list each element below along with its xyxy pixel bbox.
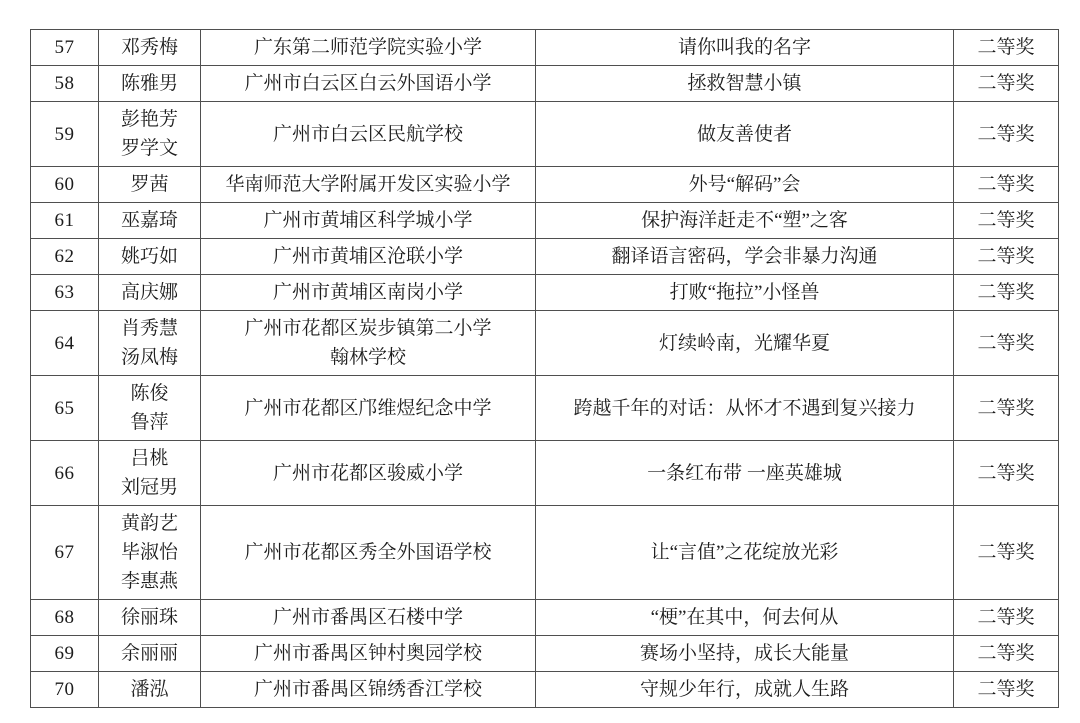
school-line: 广州市番禺区锦绣香江学校	[203, 675, 533, 704]
cell-school: 广州市花都区秀全外国语学校	[201, 506, 536, 600]
name-line: 吕桃	[101, 444, 198, 473]
cell-title: 保护海洋赶走不“塑”之客	[536, 203, 954, 239]
school-line: 广州市黄埔区南岗小学	[203, 278, 533, 307]
cell-number: 57	[31, 30, 99, 66]
cell-number: 60	[31, 167, 99, 203]
cell-school: 广州市番禺区锦绣香江学校	[201, 672, 536, 708]
table-row: 65陈俊鲁萍广州市花都区邝维煜纪念中学跨越千年的对话：从怀才不遇到复兴接力二等奖	[31, 376, 1059, 441]
name-line: 徐丽珠	[101, 603, 198, 632]
cell-names: 黄韵艺毕淑怡李惠燕	[99, 506, 201, 600]
cell-title: 守规少年行，成就人生路	[536, 672, 954, 708]
cell-number: 61	[31, 203, 99, 239]
table-row: 67黄韵艺毕淑怡李惠燕广州市花都区秀全外国语学校让“言值”之花绽放光彩二等奖	[31, 506, 1059, 600]
cell-award: 二等奖	[954, 167, 1059, 203]
cell-title: 打败“拖拉”小怪兽	[536, 275, 954, 311]
school-line: 广州市黄埔区沧联小学	[203, 242, 533, 271]
cell-title: 跨越千年的对话：从怀才不遇到复兴接力	[536, 376, 954, 441]
cell-names: 高庆娜	[99, 275, 201, 311]
cell-school: 广州市黄埔区科学城小学	[201, 203, 536, 239]
cell-award: 二等奖	[954, 203, 1059, 239]
school-line: 广州市番禺区钟村奥园学校	[203, 639, 533, 668]
cell-title: 翻译语言密码，学会非暴力沟通	[536, 239, 954, 275]
name-line: 毕淑怡	[101, 538, 198, 567]
name-line: 邓秀梅	[101, 33, 198, 62]
cell-number: 67	[31, 506, 99, 600]
table-row: 58陈雅男广州市白云区白云外国语小学拯救智慧小镇二等奖	[31, 66, 1059, 102]
school-line: 广东第二师范学院实验小学	[203, 33, 533, 62]
cell-award: 二等奖	[954, 376, 1059, 441]
cell-school: 广州市花都区炭步镇第二小学翰林学校	[201, 311, 536, 376]
document-page: 57邓秀梅广东第二师范学院实验小学请你叫我的名字二等奖58陈雅男广州市白云区白云…	[0, 0, 1080, 723]
name-line: 余丽丽	[101, 639, 198, 668]
table-row: 69余丽丽广州市番禺区钟村奥园学校赛场小坚持，成长大能量二等奖	[31, 636, 1059, 672]
cell-school: 广州市花都区骏威小学	[201, 441, 536, 506]
cell-school: 广州市白云区民航学校	[201, 102, 536, 167]
name-line: 肖秀慧	[101, 314, 198, 343]
cell-names: 肖秀慧汤凤梅	[99, 311, 201, 376]
table-row: 70潘泓广州市番禺区锦绣香江学校守规少年行，成就人生路二等奖	[31, 672, 1059, 708]
school-line: 广州市白云区民航学校	[203, 120, 533, 149]
cell-award: 二等奖	[954, 102, 1059, 167]
school-line: 翰林学校	[203, 343, 533, 372]
table-row: 60罗茜华南师范大学附属开发区实验小学外号“解码”会二等奖	[31, 167, 1059, 203]
school-line: 广州市花都区秀全外国语学校	[203, 538, 533, 567]
cell-names: 巫嘉琦	[99, 203, 201, 239]
cell-number: 66	[31, 441, 99, 506]
table-row: 59彭艳芳罗学文广州市白云区民航学校做友善使者二等奖	[31, 102, 1059, 167]
cell-school: 广州市黄埔区沧联小学	[201, 239, 536, 275]
cell-number: 58	[31, 66, 99, 102]
name-line: 罗茜	[101, 170, 198, 199]
cell-title: 做友善使者	[536, 102, 954, 167]
name-line: 陈雅男	[101, 69, 198, 98]
cell-school: 华南师范大学附属开发区实验小学	[201, 167, 536, 203]
name-line: 陈俊	[101, 379, 198, 408]
cell-names: 陈雅男	[99, 66, 201, 102]
school-line: 华南师范大学附属开发区实验小学	[203, 170, 533, 199]
cell-number: 65	[31, 376, 99, 441]
cell-award: 二等奖	[954, 506, 1059, 600]
table-row: 62姚巧如广州市黄埔区沧联小学翻译语言密码，学会非暴力沟通二等奖	[31, 239, 1059, 275]
cell-number: 62	[31, 239, 99, 275]
table-row: 61巫嘉琦广州市黄埔区科学城小学保护海洋赶走不“塑”之客二等奖	[31, 203, 1059, 239]
cell-title: 外号“解码”会	[536, 167, 954, 203]
cell-award: 二等奖	[954, 600, 1059, 636]
table-row: 68徐丽珠广州市番禺区石楼中学“梗”在其中，何去何从二等奖	[31, 600, 1059, 636]
cell-award: 二等奖	[954, 66, 1059, 102]
name-line: 巫嘉琦	[101, 206, 198, 235]
name-line: 潘泓	[101, 675, 198, 704]
award-table-body: 57邓秀梅广东第二师范学院实验小学请你叫我的名字二等奖58陈雅男广州市白云区白云…	[31, 30, 1059, 708]
cell-award: 二等奖	[954, 311, 1059, 376]
school-line: 广州市黄埔区科学城小学	[203, 206, 533, 235]
cell-number: 68	[31, 600, 99, 636]
cell-names: 徐丽珠	[99, 600, 201, 636]
cell-title: 拯救智慧小镇	[536, 66, 954, 102]
cell-school: 广州市花都区邝维煜纪念中学	[201, 376, 536, 441]
cell-number: 63	[31, 275, 99, 311]
cell-title: 赛场小坚持，成长大能量	[536, 636, 954, 672]
name-line: 高庆娜	[101, 278, 198, 307]
cell-names: 邓秀梅	[99, 30, 201, 66]
name-line: 李惠燕	[101, 567, 198, 596]
cell-title: 让“言值”之花绽放光彩	[536, 506, 954, 600]
school-line: 广州市花都区邝维煜纪念中学	[203, 394, 533, 423]
cell-school: 广州市黄埔区南岗小学	[201, 275, 536, 311]
cell-number: 59	[31, 102, 99, 167]
cell-names: 余丽丽	[99, 636, 201, 672]
cell-title: 灯续岭南，光耀华夏	[536, 311, 954, 376]
name-line: 姚巧如	[101, 242, 198, 271]
cell-title: 请你叫我的名字	[536, 30, 954, 66]
cell-names: 罗茜	[99, 167, 201, 203]
cell-names: 姚巧如	[99, 239, 201, 275]
cell-names: 吕桃刘冠男	[99, 441, 201, 506]
cell-school: 广东第二师范学院实验小学	[201, 30, 536, 66]
cell-names: 潘泓	[99, 672, 201, 708]
name-line: 刘冠男	[101, 473, 198, 502]
cell-names: 彭艳芳罗学文	[99, 102, 201, 167]
cell-school: 广州市番禺区石楼中学	[201, 600, 536, 636]
name-line: 彭艳芳	[101, 105, 198, 134]
cell-number: 70	[31, 672, 99, 708]
name-line: 汤凤梅	[101, 343, 198, 372]
cell-award: 二等奖	[954, 239, 1059, 275]
table-row: 64肖秀慧汤凤梅广州市花都区炭步镇第二小学翰林学校灯续岭南，光耀华夏二等奖	[31, 311, 1059, 376]
school-line: 广州市花都区炭步镇第二小学	[203, 314, 533, 343]
table-row: 63高庆娜广州市黄埔区南岗小学打败“拖拉”小怪兽二等奖	[31, 275, 1059, 311]
table-row: 66吕桃刘冠男广州市花都区骏威小学一条红布带 一座英雄城二等奖	[31, 441, 1059, 506]
cell-title: “梗”在其中，何去何从	[536, 600, 954, 636]
cell-school: 广州市白云区白云外国语小学	[201, 66, 536, 102]
cell-award: 二等奖	[954, 672, 1059, 708]
name-line: 鲁萍	[101, 408, 198, 437]
school-line: 广州市白云区白云外国语小学	[203, 69, 533, 98]
name-line: 黄韵艺	[101, 509, 198, 538]
school-line: 广州市番禺区石楼中学	[203, 603, 533, 632]
cell-names: 陈俊鲁萍	[99, 376, 201, 441]
cell-title: 一条红布带 一座英雄城	[536, 441, 954, 506]
cell-award: 二等奖	[954, 441, 1059, 506]
cell-award: 二等奖	[954, 636, 1059, 672]
table-row: 57邓秀梅广东第二师范学院实验小学请你叫我的名字二等奖	[31, 30, 1059, 66]
cell-number: 69	[31, 636, 99, 672]
school-line: 广州市花都区骏威小学	[203, 459, 533, 488]
cell-award: 二等奖	[954, 30, 1059, 66]
award-table: 57邓秀梅广东第二师范学院实验小学请你叫我的名字二等奖58陈雅男广州市白云区白云…	[30, 29, 1059, 708]
cell-number: 64	[31, 311, 99, 376]
cell-award: 二等奖	[954, 275, 1059, 311]
name-line: 罗学文	[101, 134, 198, 163]
cell-school: 广州市番禺区钟村奥园学校	[201, 636, 536, 672]
